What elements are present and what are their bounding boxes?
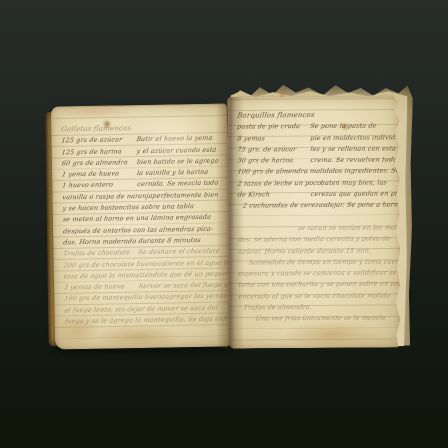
- instruction-text: les y se rellenan con esta: [310, 143, 398, 155]
- instruction-text: Trufas de almendra.: [242, 302, 312, 314]
- left-page: Galletas flamencas. 125 grs de azúcarBat…: [51, 103, 231, 349]
- notebook-photo: Galletas flamencas. 125 grs de azúcarBat…: [0, 0, 448, 448]
- ingredient-text: 2 cucharadas de cerezas: [242, 200, 327, 212]
- instruction-text: los ingredientes. Se: [332, 166, 401, 178]
- ingredient-text: 100 grs de almendra molida: [237, 166, 334, 178]
- ingredient-text: 8 yemas: [236, 133, 311, 145]
- instruction-text: pie en moldecitos individua-: [310, 132, 401, 144]
- instruction-text: baten muy bien, las: [320, 177, 397, 189]
- instruction-text: Una vez frías únicamente se le mezcla: [255, 313, 387, 325]
- ingredient-text: pasta de pie cruda: [236, 121, 311, 133]
- ingredient-text: 2 tazas de leche un poco: [237, 178, 322, 190]
- right-page: Barquillos flamencos pasta de pie crudaS…: [227, 95, 401, 348]
- ingredient-text: 75 grs. de azúcar: [237, 144, 312, 156]
- right-page-handwriting: Barquillos flamencos pasta de pie crudaS…: [236, 109, 396, 325]
- handwritten-line: Una vez frías únicamente se le mezcla: [238, 313, 397, 325]
- instruction-text: Se pone la pasta de: [310, 121, 398, 133]
- instruction-text: fuego y se le agrega la mantequilla. Se …: [64, 313, 231, 327]
- left-page-handwriting: Galletas flamencas. 125 grs de azúcarBat…: [60, 122, 227, 328]
- handwritten-line: fuego y se le agrega la mantequilla. Se …: [64, 314, 227, 328]
- instruction-text: dejar. Se pone a hornear: [325, 200, 401, 212]
